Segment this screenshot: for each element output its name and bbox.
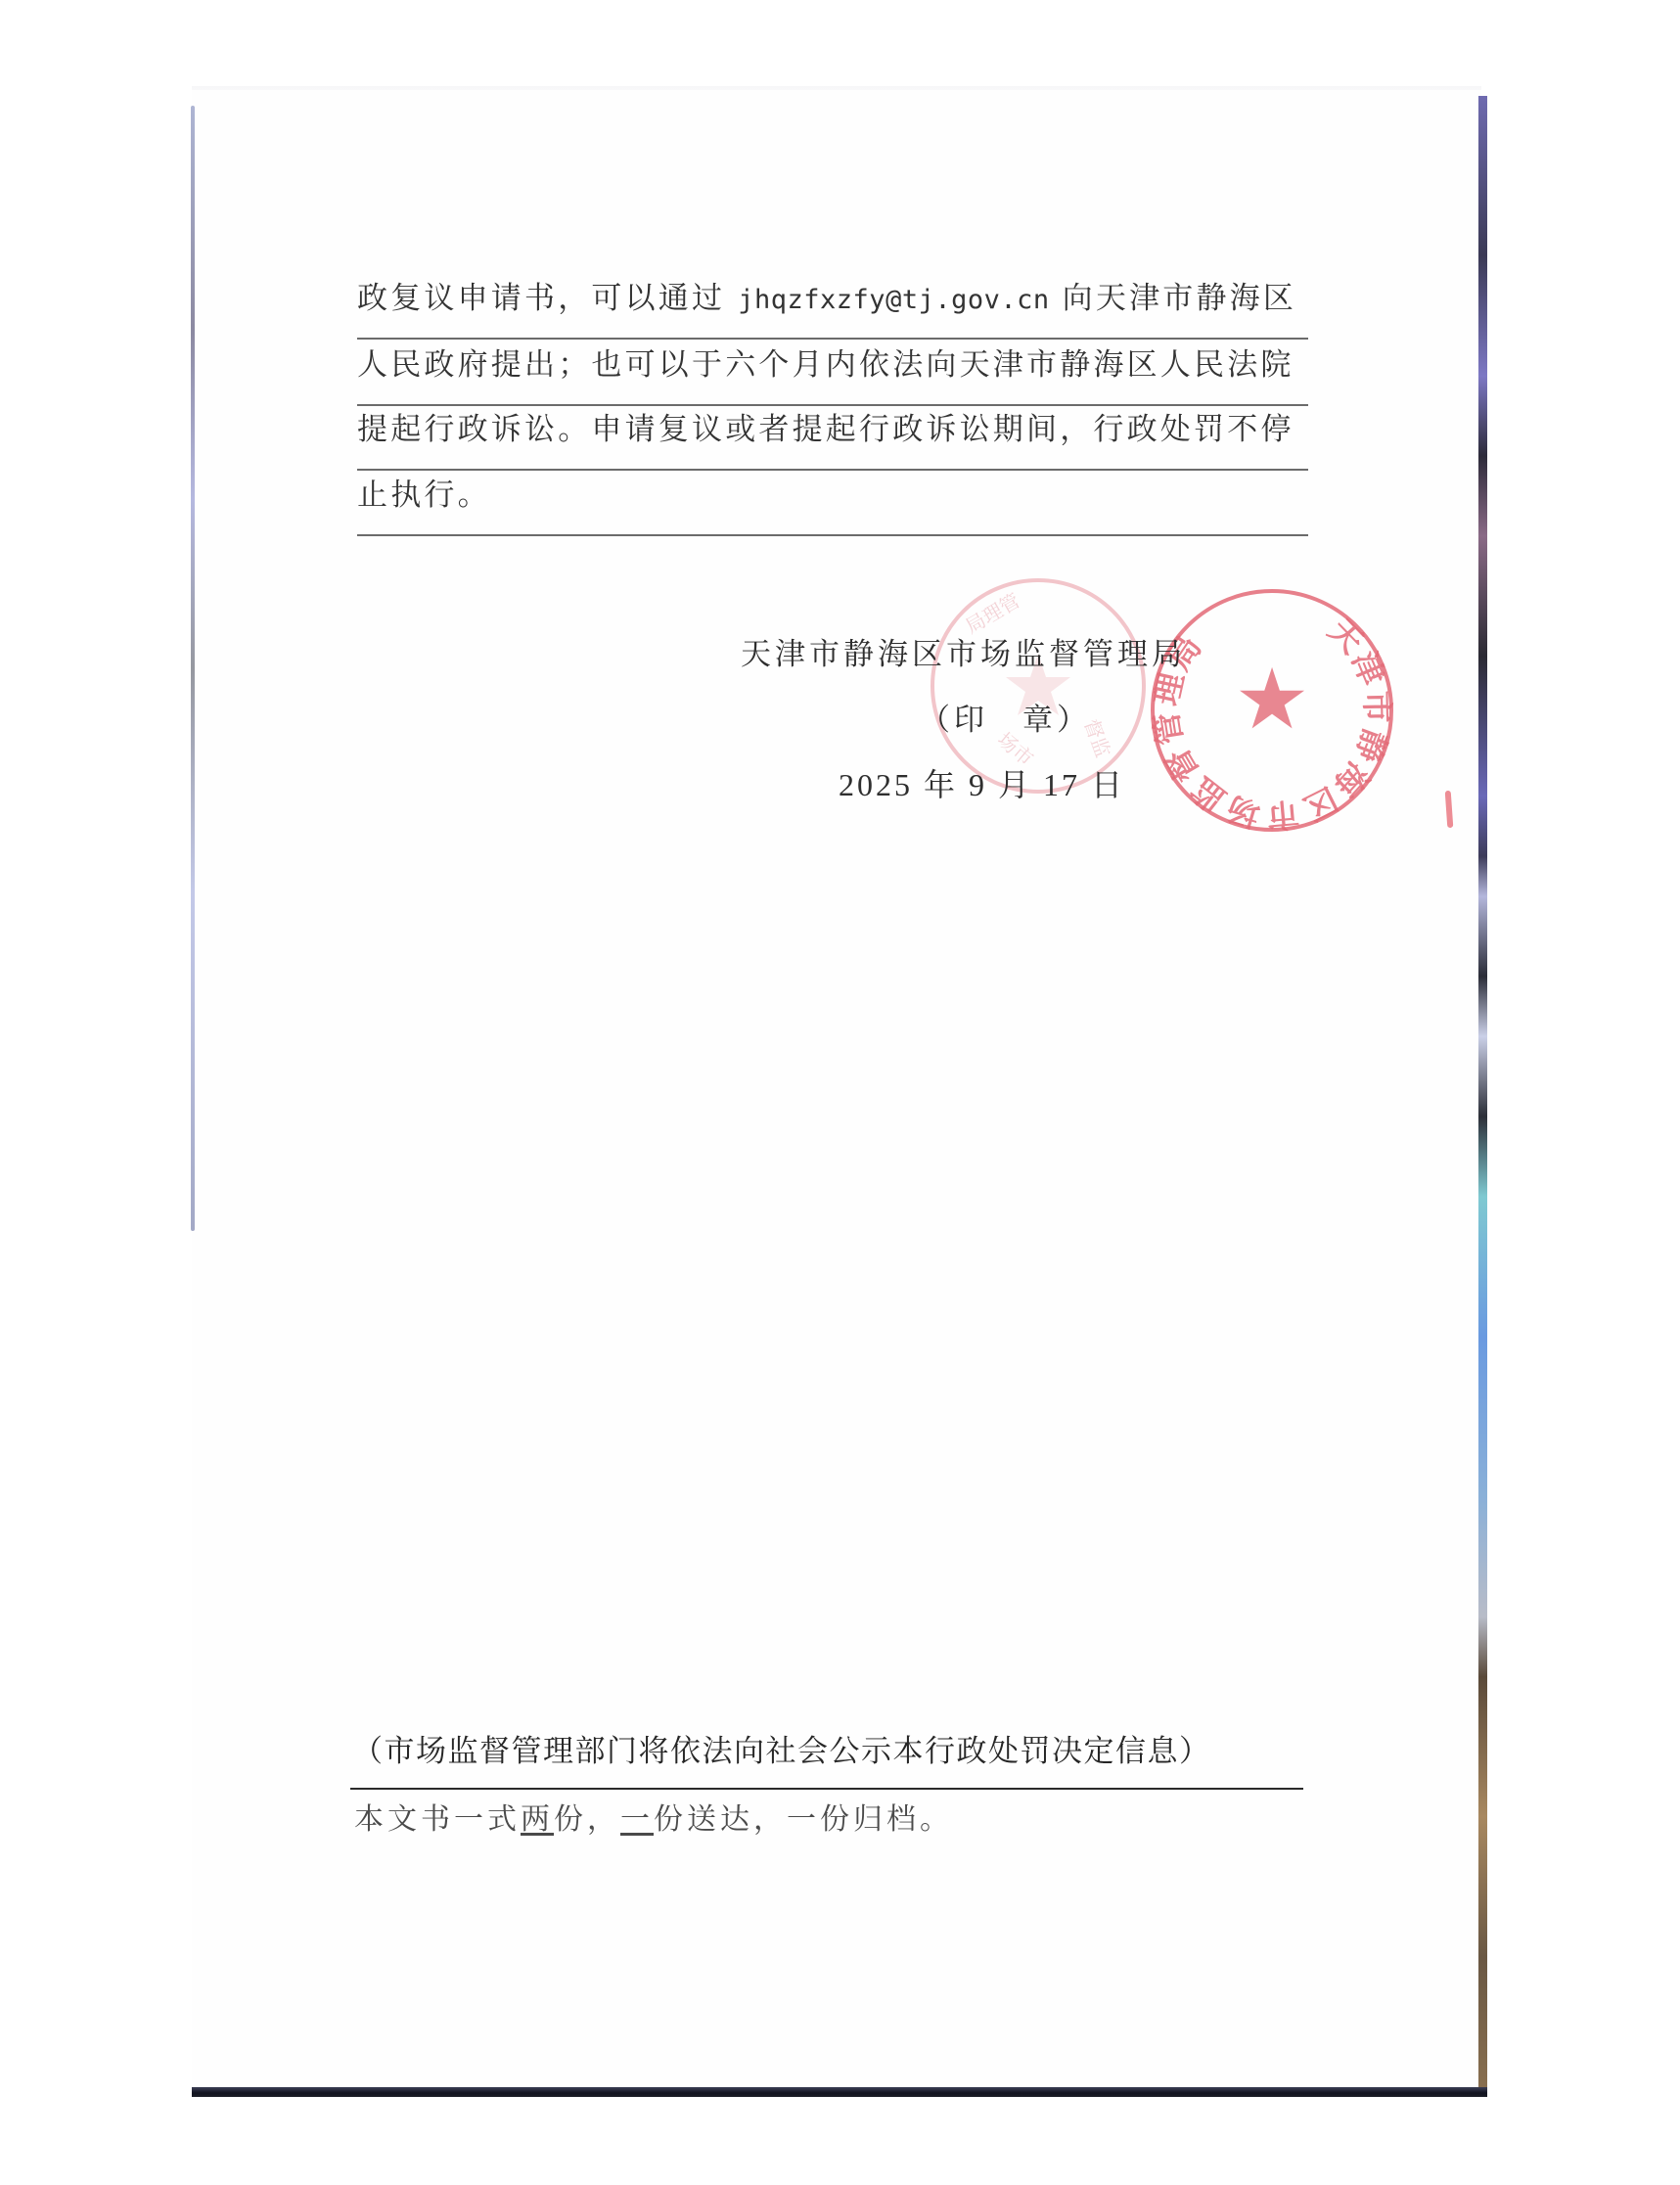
page-left-edge [191,106,195,1231]
copies-count: 两 [521,1802,554,1837]
public-disclosure-notice: （市场监督管理部门将依法向社会公示本行政处罚决定信息） [352,1726,1211,1770]
body-line-4: 止执行。 [357,476,1308,536]
copies-text: 份送达，一份归档。 [654,1802,953,1837]
copies-text: 本文书一式 [354,1802,521,1837]
body-text: 向天津市静海区 [1050,281,1296,316]
seal-label: （印 章） [920,695,1091,739]
footer-divider [350,1788,1303,1790]
body-line-3: 提起行政诉讼。申请复议或者提起行政诉讼期间，行政处罚不停 [357,410,1308,471]
body-text: 政复议申请书，可以通过 [357,281,738,316]
review-email-address: jhqzfxzfy@tj.gov.cn [738,285,1049,315]
issuing-authority: 天津市静海区市场监督管理局 [741,629,1186,673]
copies-statement: 本文书一式两份，一份送达，一份归档。 [354,1795,953,1838]
body-line-1: 政复议申请书，可以通过 jhqzfxzfy@tj.gov.cn 向天津市静海区 [357,279,1308,340]
page-bottom-edge [192,2087,1487,2097]
official-seal-stamp: 天津市静海区市场监督管理局 ★ [1147,585,1397,836]
copies-text: 份， [554,1802,620,1837]
page-right-edge [1478,96,1487,2097]
copies-served-count: 一 [620,1802,654,1837]
seal-star-icon: ★ [1234,651,1309,749]
issue-date: 2025 年 9 月 17 日 [839,760,1125,805]
body-line-2: 人民政府提出；也可以于六个月内依法向天津市静海区人民法院 [357,345,1308,406]
